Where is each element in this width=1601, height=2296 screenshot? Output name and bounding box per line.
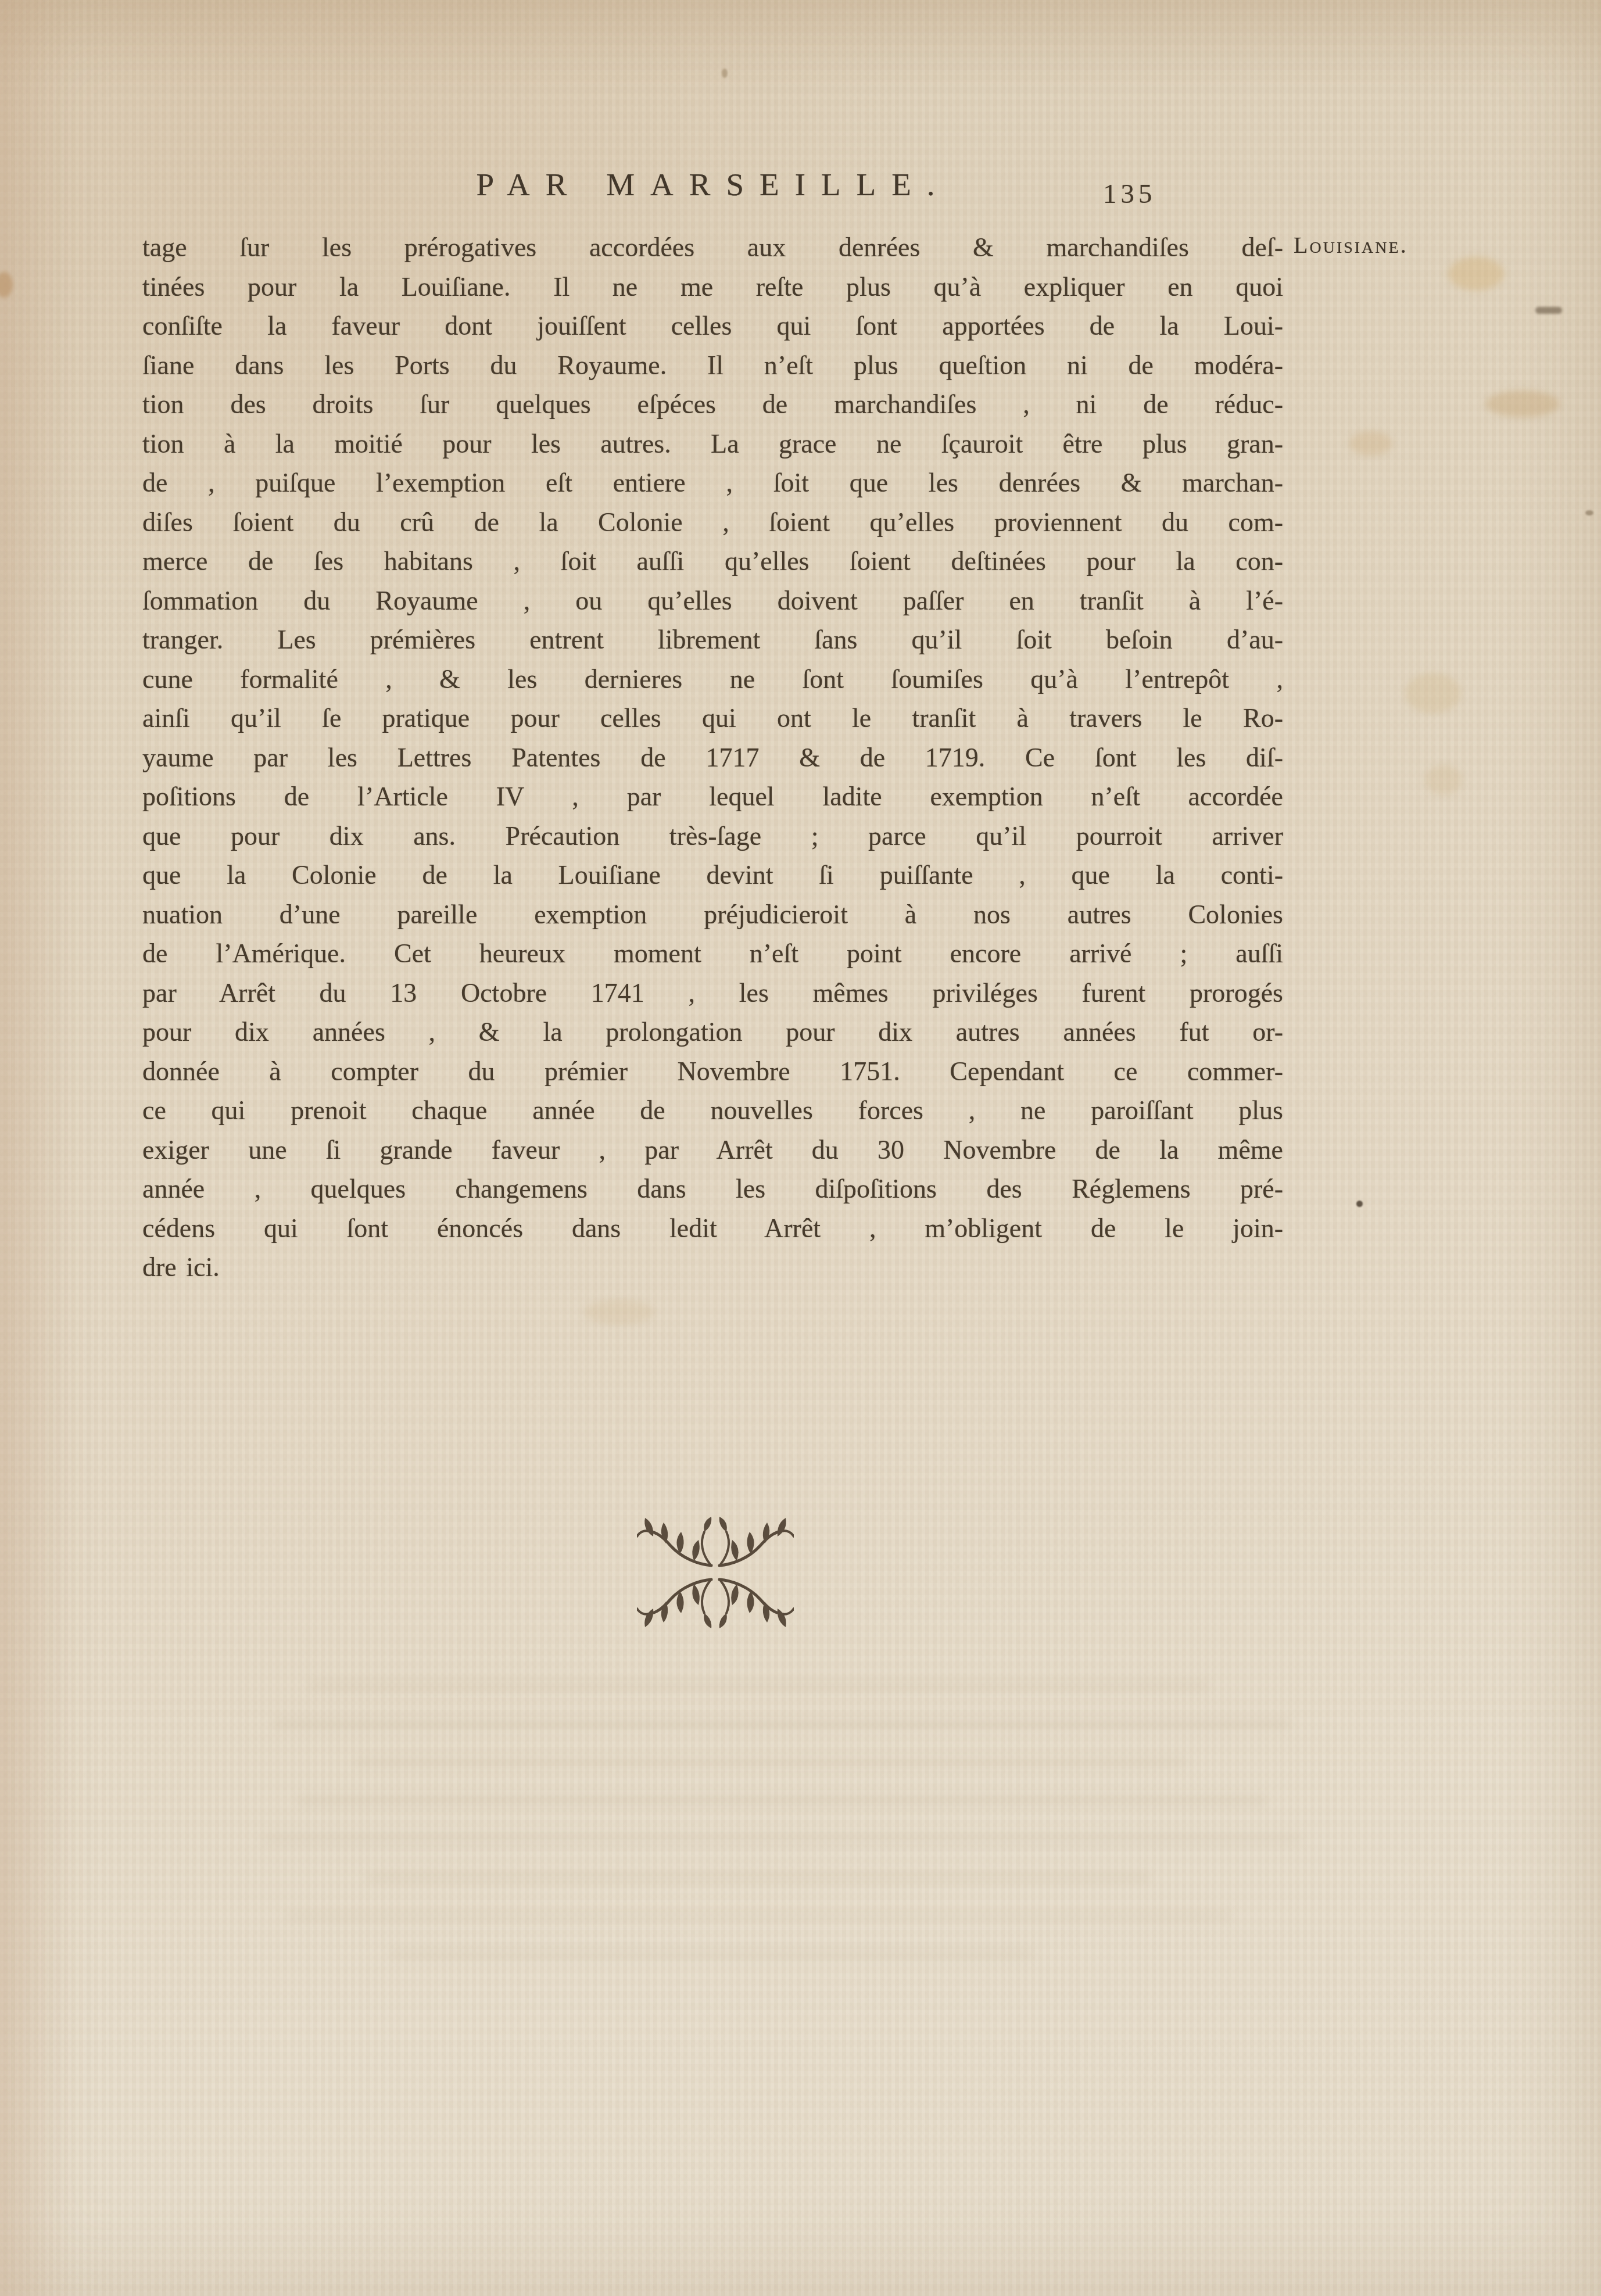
floral-fleuron-icon xyxy=(637,1510,794,1635)
foxing-stain xyxy=(1485,391,1560,417)
body-line: que la Colonie de la Louiſiane devint ſi… xyxy=(142,855,1283,895)
ink-smudge xyxy=(1535,307,1562,314)
body-line: diſes ſoient du crû de la Colonie , ſoie… xyxy=(142,503,1283,542)
body-line: de , puiſque l’exemption eſt entiere , ſ… xyxy=(142,463,1283,503)
body-line: tinées pour la Louiſiane. Il ne me reſte… xyxy=(142,267,1283,307)
foxing-stain xyxy=(1448,257,1504,291)
body-line: cune formalité , & les dernieres ne ſont… xyxy=(142,660,1283,699)
body-line: merce de ſes habitans , ſoit auſſi qu’el… xyxy=(142,542,1283,581)
body-line: par Arrêt du 13 Octobre 1741 , les mêmes… xyxy=(142,973,1283,1013)
body-line: pour dix années , & la prolongation pour… xyxy=(142,1012,1283,1052)
foxing-stain xyxy=(1349,431,1392,456)
body-line: ſommation du Royaume , ou qu’elles doive… xyxy=(142,581,1283,621)
margin-note: Louisiane. xyxy=(1294,231,1408,259)
body-line: année , quelques changemens dans les diſ… xyxy=(142,1169,1283,1209)
body-line: cédens qui ſont énoncés dans ledit Arrêt… xyxy=(142,1209,1283,1248)
ink-speck xyxy=(1356,1201,1363,1207)
body-line: de l’Amérique. Cet heureux moment n’eſt … xyxy=(142,934,1283,973)
verso-show-through xyxy=(250,1681,1406,1987)
body-line: tion des droits ſur quelques eſpéces de … xyxy=(142,385,1283,424)
paper-fiber-mark xyxy=(722,69,728,78)
body-line: tion à la moitié pour les autres. La gra… xyxy=(142,424,1283,464)
body-line: exiger une ſi grande faveur , par Arrêt … xyxy=(142,1130,1283,1170)
body-paragraph: tage ſur les prérogatives accordées aux … xyxy=(142,228,1283,1287)
body-line: que pour dix ans. Précaution très-ſage ;… xyxy=(142,816,1283,856)
page-number: 135 xyxy=(1103,178,1156,210)
body-line: conſiſte la faveur dont jouiſſent celles… xyxy=(142,306,1283,346)
page-edge-notch xyxy=(0,272,13,298)
foxing-stain xyxy=(1425,765,1462,795)
body-line: nuation d’une pareille exemption préjudi… xyxy=(142,895,1283,934)
body-line: ce qui prenoit chaque année de nouvelles… xyxy=(142,1091,1283,1130)
foxing-stain xyxy=(585,1299,654,1325)
body-line: tranger. Les prémières entrent librement… xyxy=(142,620,1283,660)
body-line: ſiane dans les Ports du Royaume. Il n’eſ… xyxy=(142,346,1283,385)
ink-speck xyxy=(1585,510,1593,515)
body-line: ainſi qu’il ſe pratique pour celles qui … xyxy=(142,699,1283,738)
body-line: tage ſur les prérogatives accordées aux … xyxy=(142,228,1283,267)
body-line: dre ici. xyxy=(142,1248,1283,1287)
book-page-scan: PAR MARSEILLE. 135 Louisiane. tage ſur l… xyxy=(0,0,1601,2296)
body-line: yaume par les Lettres Patentes de 1717 &… xyxy=(142,738,1283,778)
body-line: poſitions de l’Article IV , par lequel l… xyxy=(142,777,1283,816)
body-line: donnée à compter du prémier Novembre 175… xyxy=(142,1052,1283,1091)
foxing-stain xyxy=(1405,673,1461,714)
